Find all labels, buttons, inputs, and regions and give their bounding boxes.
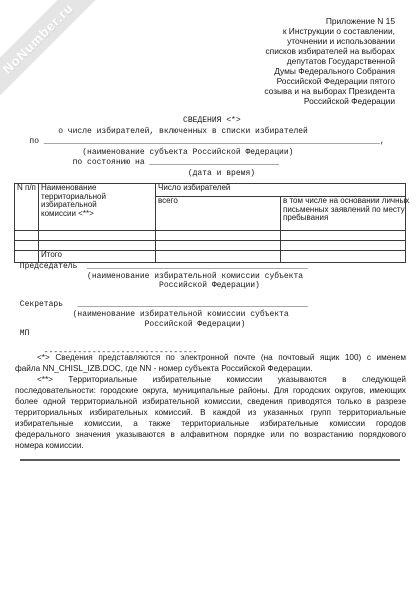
appendix-header-line: депутатов Государственной — [264, 56, 395, 66]
appendix-header-line: к Инструкции о составлении, — [264, 26, 395, 36]
cell-total — [156, 241, 281, 251]
footnote-2-line: федерального значения указываются в алфа… — [15, 429, 406, 440]
page-bottom-rule — [20, 459, 400, 461]
appendix-header-line: Приложение N 15 — [264, 16, 395, 26]
stamp-mark: МП — [15, 329, 308, 339]
date-caption: (дата и время) — [15, 169, 385, 180]
date-blank-line: по состоянию на ________________________… — [15, 158, 385, 169]
voters-table: N п/п Наименование территориальной избир… — [14, 183, 406, 263]
footnote-2-line: территориальных избирательных комиссий. … — [15, 407, 406, 418]
document-title: СВЕДЕНИЯ <*> — [15, 116, 385, 127]
col-header-total: всего — [156, 197, 281, 231]
document-page: NoNumber.ru Приложение N 15 к Инструкции… — [0, 0, 420, 600]
appendix-header-line: созыва и на выборах Президента — [264, 86, 395, 96]
watermark-band: NoNumber.ru — [0, 0, 118, 119]
col-header-voters-count-group: Число избирателей — [156, 184, 406, 197]
footnote-2-line: избирательные комиссии, а также территор… — [15, 418, 406, 429]
table-row — [15, 241, 406, 251]
footnote-2-line: более одной территориальной избирательно… — [15, 396, 406, 407]
col-header-number-label: N п/п — [17, 184, 36, 193]
secretary-line: Секретарь ______________________________… — [15, 300, 308, 310]
total-detail-cell — [281, 251, 406, 263]
appendix-header-line: уточнении и использовании — [264, 36, 395, 46]
footnote-2-line: последовательности: городские округа, му… — [15, 385, 406, 396]
footnotes-block: <*> Сведения представляются по электронн… — [15, 352, 406, 451]
col-header-detail-label: в том числе на основании личных письменн… — [283, 197, 420, 223]
blank-line — [15, 291, 308, 301]
chairman-caption-1: (наименование избирательной комиссии суб… — [15, 272, 308, 282]
blank-line — [15, 339, 308, 349]
cell-detail — [281, 241, 406, 251]
total-total-cell — [156, 251, 281, 263]
footnote-1-line: <*> Сведения представляются по электронн… — [15, 352, 406, 363]
appendix-header-line: Российской Федерации — [264, 96, 395, 106]
subject-caption: (наименование субъекта Российской Федера… — [15, 148, 385, 159]
appendix-header-line: Российской Федерации пятого — [264, 76, 395, 86]
total-label-cell: Итого — [39, 251, 156, 263]
table-row — [15, 231, 406, 241]
watermark-label: NoNumber.ru — [0, 0, 76, 77]
subject-blank-line: по _____________________________________… — [15, 137, 385, 148]
appendix-header-line: списков избирателей на выборах — [264, 46, 395, 56]
document-title-block: СВЕДЕНИЯ <*> о числе избирателей, включе… — [15, 116, 385, 180]
document-subtitle: о числе избирателей, включенных в списки… — [15, 127, 385, 138]
signature-block: Председатель ___________________________… — [15, 262, 308, 358]
col-header-commission-name-label: Наименование территориальной избирательн… — [41, 184, 111, 218]
cell-number — [15, 231, 39, 241]
footnote-2-line: номера комиссии. — [15, 440, 406, 451]
col-header-commission-name: Наименование территориальной избирательн… — [39, 184, 156, 231]
chairman-line: Председатель ___________________________… — [15, 262, 308, 272]
cell-detail — [281, 231, 406, 241]
table-total-row: Итого — [15, 251, 406, 263]
col-header-voters-count-label: Число избирателей — [158, 184, 403, 193]
secretary-caption-1: (наименование избирательной комиссии суб… — [15, 310, 308, 320]
cell-number — [15, 241, 39, 251]
col-header-number: N п/п — [15, 184, 39, 231]
footnote-2-line: <**> Территориальные избирательные комис… — [15, 374, 406, 385]
chairman-caption-2: Российской Федерации) — [15, 281, 308, 291]
cell-total — [156, 231, 281, 241]
col-header-total-label: всего — [158, 197, 278, 206]
footnote-1-line: файла NN_CHISL_IZB.DOC, где NN - номер с… — [15, 363, 406, 374]
cell-commission-name — [39, 231, 156, 241]
table-header-row-1: N п/п Наименование территориальной избир… — [15, 184, 406, 197]
cell-number-blank — [15, 251, 39, 263]
col-header-detail: в том числе на основании личных письменн… — [281, 197, 406, 231]
cell-commission-name — [39, 241, 156, 251]
appendix-header-line: Думы Федерального Собрания — [264, 66, 395, 76]
secretary-caption-2: Российской Федерации) — [15, 320, 308, 330]
appendix-header: Приложение N 15 к Инструкции о составлен… — [264, 16, 395, 106]
